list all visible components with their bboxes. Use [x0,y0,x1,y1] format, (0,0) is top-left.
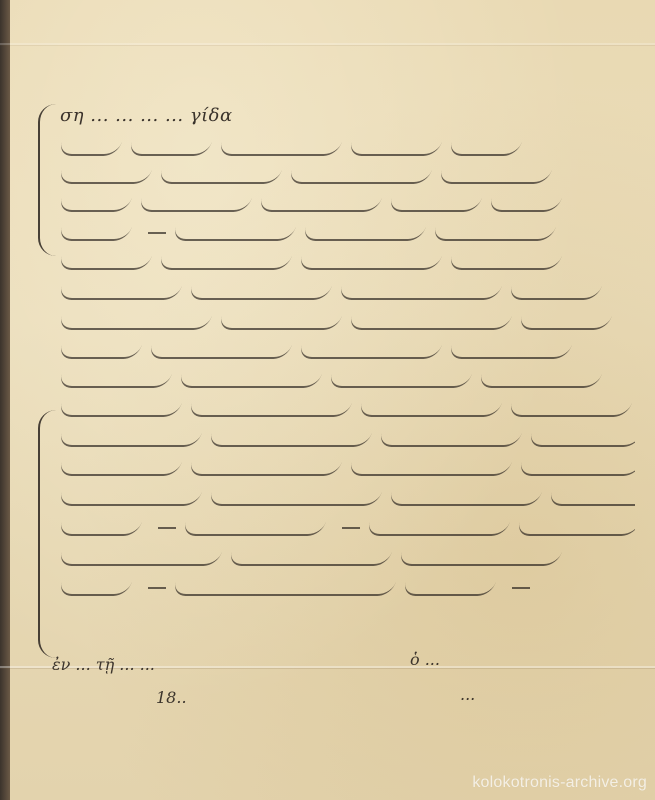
letter-date: ἐν ... τῇ ... ... [52,655,155,674]
letter-line [60,547,635,575]
paper-fold-top [0,43,655,45]
letter-line [60,457,635,485]
letter-line [60,251,635,279]
letter-line [60,517,635,545]
letter-line [60,165,635,193]
left-margin-bracket-bottom [38,410,58,658]
letter-line [60,487,635,515]
signature-line-2: ... [460,685,475,704]
letter-line [60,398,635,426]
letter-line [60,369,635,397]
letter-line [60,340,635,368]
letter-year: 18.. [156,688,187,707]
letter-line [60,137,635,165]
photo-left-edge [0,0,10,800]
letter-line [60,577,635,605]
letter-line [60,193,635,221]
signature-line-1: ὁ ... [410,650,440,669]
left-margin-bracket-top [38,104,58,256]
letter-paper: ση ... ... ... ... γίδα ἐν ... τῇ ... ..… [0,0,655,800]
letter-line [60,311,635,339]
letter-line [60,281,635,309]
letter-line [60,428,635,456]
watermark: kolokotronis-archive.org [472,774,647,792]
letter-line [60,222,635,250]
letter-line: ση ... ... ... ... γίδα [60,105,635,133]
